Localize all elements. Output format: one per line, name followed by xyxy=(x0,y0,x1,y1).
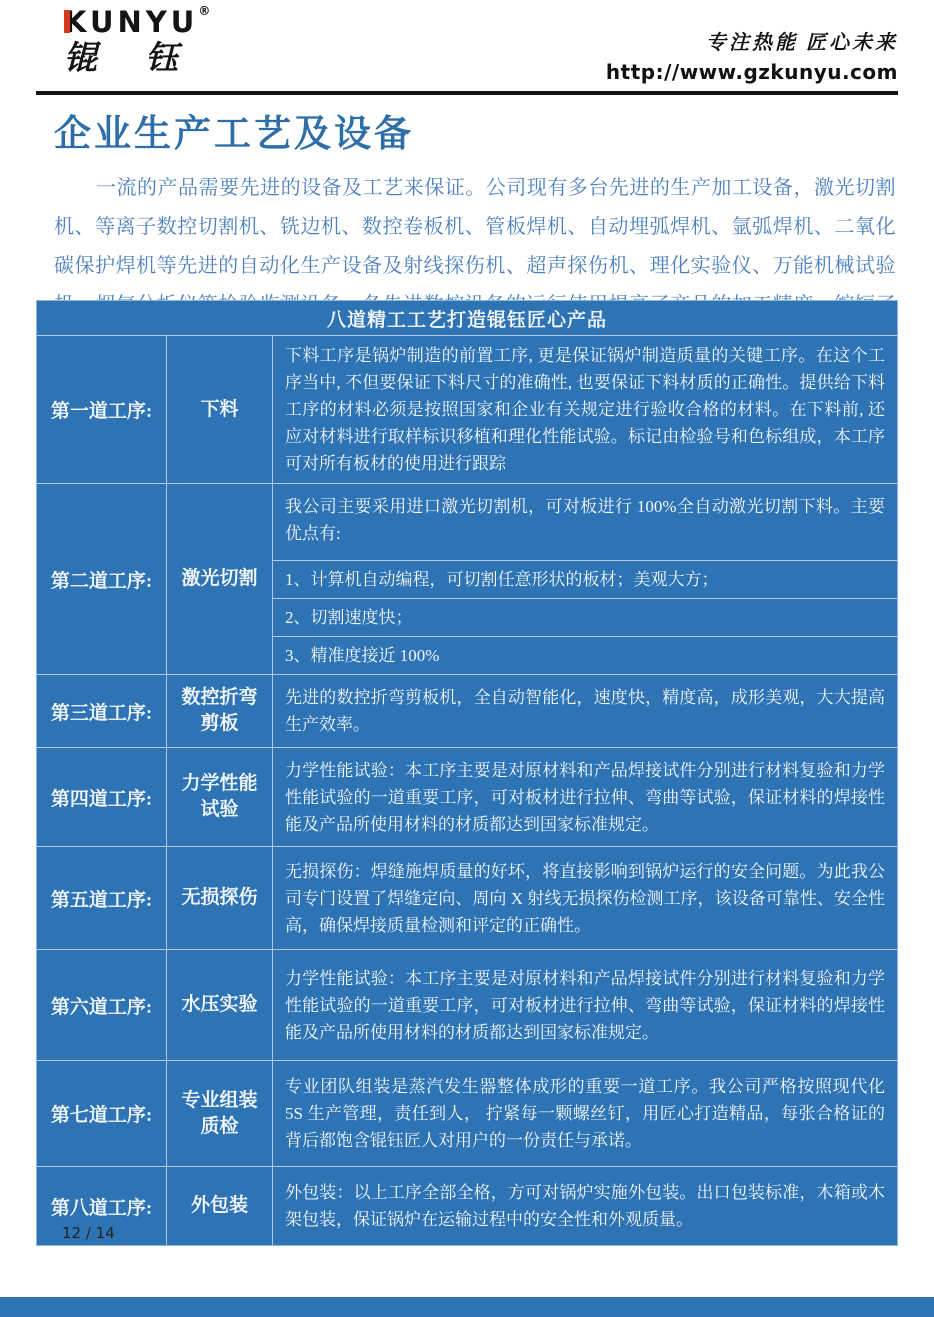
step-description: 先进的数控折弯剪板机，全自动智能化，速度快，精度高，成形美观，大大提高生产效率。 xyxy=(273,675,897,747)
step-description: 我公司主要采用进口激光切割机，可对板进行 100%全自动激光切割下料。主要优点有… xyxy=(273,484,897,560)
registered-mark-icon: ® xyxy=(198,4,210,18)
table-row-step8: 第八道工序: 外包装 外包装：以上工序全部全格，方可对锅炉实施外包装。出口包装标… xyxy=(37,1166,897,1245)
logo-wordmark: KUNYU xyxy=(64,6,198,38)
table-row-step5: 第五道工序: 无损探伤 无损探伤：焊缝施焊质量的好坏，将直接影响到锅炉运行的安全… xyxy=(37,846,897,949)
footer-bar xyxy=(0,1297,934,1317)
logo-text: KUNYU xyxy=(64,5,198,39)
step-name: 数控折弯剪板 xyxy=(167,675,273,747)
table-row-step7: 第七道工序: 专业组装质检 专业团队组装是蒸汽发生器整体成形的重要一道工序。我公… xyxy=(37,1060,897,1166)
table-title: 八道精工工艺打造锟钰匠心产品 xyxy=(37,301,897,335)
website-link[interactable]: http://www.gzkunyu.com xyxy=(606,60,898,84)
table-row-step4: 第四道工序: 力学性能试验 力学性能试验：本工序主要是对原材料和产品焊接试件分别… xyxy=(37,747,897,846)
page-header: KUNYU® 锟 钰 专注热能 匠心未来 http://www.gzkunyu.… xyxy=(36,0,898,96)
step-name: 外包装 xyxy=(167,1167,273,1245)
step-label: 第六道工序: xyxy=(37,950,167,1060)
step-label: 第三道工序: xyxy=(37,675,167,747)
step-description: 力学性能试验：本工序主要是对原材料和产品焊接试件分别进行材料复验和力学性能试验的… xyxy=(273,748,897,846)
step-label: 第二道工序: xyxy=(37,484,167,674)
step-name: 激光切割 xyxy=(167,484,273,674)
step-point: 3、精准度接近 100% xyxy=(273,636,897,674)
company-slogan: 专注热能 匠心未来 xyxy=(606,26,898,55)
table-row-step6: 第六道工序: 水压实验 力学性能试验：本工序主要是对原材料和产品焊接试件分别进行… xyxy=(37,949,897,1060)
logo-red-accent xyxy=(64,10,70,33)
step-label: 第一道工序: xyxy=(37,336,167,483)
step-point: 1、计算机自动编程，可切割任意形状的板材；美观大方； xyxy=(273,560,897,598)
page-number: 12 / 14 xyxy=(62,1224,115,1242)
step-description: 力学性能试验：本工序主要是对原材料和产品焊接试件分别进行材料复验和力学性能试验的… xyxy=(273,950,897,1060)
step-name: 下料 xyxy=(167,336,273,483)
header-divider xyxy=(36,91,898,95)
step-label: 第四道工序: xyxy=(37,748,167,846)
step-name: 专业组装质检 xyxy=(167,1061,273,1166)
table-row-step3: 第三道工序: 数控折弯剪板 先进的数控折弯剪板机，全自动智能化，速度快，精度高，… xyxy=(37,674,897,747)
header-right: 专注热能 匠心未来 http://www.gzkunyu.com xyxy=(606,26,898,84)
step-description-group: 我公司主要采用进口激光切割机，可对板进行 100%全自动激光切割下料。主要优点有… xyxy=(273,484,897,674)
step-description: 下料工序是锅炉制造的前置工序, 更是保证锅炉制造质量的关键工序。在这个工序当中,… xyxy=(273,336,897,483)
table-row-step2: 第二道工序: 激光切割 我公司主要采用进口激光切割机，可对板进行 100%全自动… xyxy=(37,483,897,674)
table-row-step1: 第一道工序: 下料 下料工序是锅炉制造的前置工序, 更是保证锅炉制造质量的关键工… xyxy=(37,335,897,483)
step-name: 无损探伤 xyxy=(167,847,273,949)
step-description: 外包装：以上工序全部全格，方可对锅炉实施外包装。出口包装标准，木箱或木架包装，保… xyxy=(273,1167,897,1245)
step-description: 无损探伤：焊缝施焊质量的好坏，将直接影响到锅炉运行的安全问题。为此我公司专门设置… xyxy=(273,847,897,949)
step-label: 第七道工序: xyxy=(37,1061,167,1166)
step-name: 水压实验 xyxy=(167,950,273,1060)
page-title: 企业生产工艺及设备 xyxy=(54,103,414,157)
step-description: 专业团队组装是蒸汽发生器整体成形的重要一道工序。我公司严格按照现代化 5S 生产… xyxy=(273,1061,897,1166)
process-table: 八道精工工艺打造锟钰匠心产品 第一道工序: 下料 下料工序是锅炉制造的前置工序,… xyxy=(36,300,898,1246)
step-name: 力学性能试验 xyxy=(167,748,273,846)
step-label: 第五道工序: xyxy=(37,847,167,949)
step-point: 2、切割速度快； xyxy=(273,598,897,636)
kunyu-logo: KUNYU® 锟 钰 xyxy=(64,6,210,79)
logo-chinese-name: 锟 钰 xyxy=(64,39,210,79)
